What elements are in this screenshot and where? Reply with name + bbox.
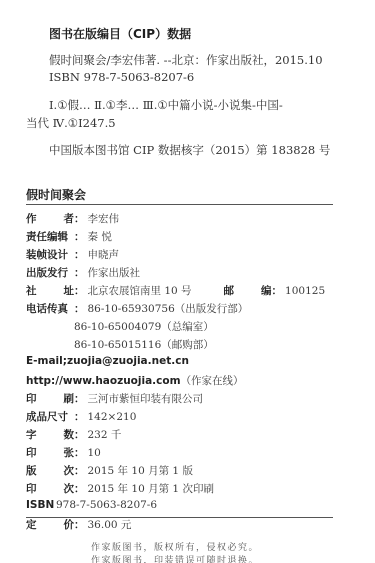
zip-value: 100125 [285,285,325,297]
printer-row: 印刷：三河市紫恒印装有限公司 [26,391,203,406]
editor-row: 责任编辑：秦 悦 [26,229,112,244]
sheets-label: 印张 [26,445,74,460]
edition-row: 版次：2015 年 10 月第 1 版 [26,463,193,478]
phone-row: 电话传真：86-10-65930756（出版发行部） [26,301,248,316]
book-title: 假时间聚会 [26,186,86,203]
word-count-row: 字数：232 千 [26,427,121,442]
publisher-value: 作家出版社 [88,265,141,280]
website-value[interactable]: //www.haozuojia.com [55,375,180,387]
author-row: 作者：李宏伟 [26,211,119,226]
word-count-label: 字数 [26,427,74,442]
email-value[interactable]: zuojia@zuojia.net.cn [67,355,189,367]
address-value: 北京农展馆南里 10 号 [88,283,192,298]
size-label: 成品尺寸 [26,409,74,424]
printer-value: 三河市紫恒印装有限公司 [88,391,204,406]
phone-label: 电话传真 [26,301,74,316]
price-row: 定价：36.00 元 [26,517,131,532]
size-value: 142×210 [88,411,137,423]
price-label: 定价 [26,517,74,532]
editor-label: 责任编辑 [26,229,74,244]
bottom-divider-placeholder [26,517,333,518]
isbn-row: ISBN978-7-5063-8207-6 [26,499,157,511]
printer-label: 印刷 [26,391,74,406]
author-value: 李宏伟 [88,211,120,226]
website-row: http://www.haozuojia.com（作家在线） [26,373,244,388]
phone-line-3: 86-10-65015116（邮购部） [74,337,214,352]
website-label: http [26,375,51,387]
edition-label: 版次 [26,463,74,478]
zip-label: 邮编 [224,283,272,298]
edition-value: 2015 年 10 月第 1 版 [88,463,193,478]
isbn-label: ISBN [26,499,54,511]
author-label: 作者 [26,211,74,226]
price-value: 36.00 元 [88,517,132,532]
printing-value: 2015 年 10 月第 1 次印刷 [88,481,214,496]
cip-classification-line-2: 当代 Ⅳ.①I247.5 [26,115,116,131]
copyright-note: 作家版图书，版权所有，侵权必究。 [91,540,259,553]
cip-heading: 图书在版编目（CIP）数据 [49,25,191,42]
address-label: 社址 [26,283,74,298]
printing-row: 印次：2015 年 10 月第 1 次印刷 [26,481,214,496]
phone-line-2: 86-10-65004079（总编室） [74,319,214,334]
replacement-note: 作家版图书，印装错误可随时退换。 [91,553,259,563]
designer-value: 申晓声 [88,247,120,262]
website-suffix: （作家在线） [181,373,244,388]
sheets-value: 10 [88,447,101,459]
publisher-row: 出版发行：作家出版社 [26,265,140,280]
address-row: 社址：北京农展馆南里 10 号 邮编：100125 [26,283,325,298]
designer-row: 装帧设计：申晓声 [26,247,119,262]
isbn-value: 978-7-5063-8207-6 [56,499,157,511]
designer-label: 装帧设计 [26,247,74,262]
email-label: E-mail [26,355,63,367]
sheets-row: 印张：10 [26,445,101,460]
word-count-value: 232 千 [88,427,122,442]
size-row: 成品尺寸：142×210 [26,409,136,424]
cip-classification-line-1: Ⅰ.①假… Ⅱ.①李… Ⅲ.①中篇小说-小说集-中国- [49,97,283,113]
phone-line-1: 86-10-65930756（出版发行部） [88,301,249,316]
cip-isbn-line: ISBN 978-7-5063-8207-6 [49,70,194,84]
email-row: E-mail;zuojia@zuojia.net.cn [26,355,189,367]
top-divider [26,204,333,205]
printing-label: 印次 [26,481,74,496]
cip-library-line: 中国版本图书馆 CIP 数据核字（2015）第 183828 号 [49,142,330,158]
editor-value: 秦 悦 [88,229,112,244]
publisher-label: 出版发行 [26,265,74,280]
cip-title-line: 假时间聚会/李宏伟著. --北京：作家出版社，2015.10 [49,52,323,68]
